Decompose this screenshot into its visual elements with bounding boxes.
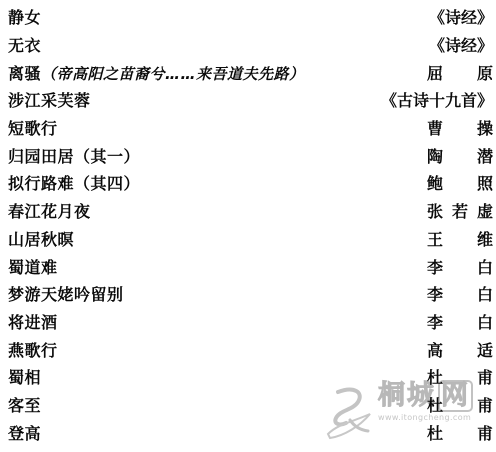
- poem-title-text: 蜀相: [8, 368, 41, 387]
- poem-title: 燕歌行: [8, 338, 58, 361]
- poem-author: 高 适: [427, 338, 493, 361]
- poem-author: 《诗经》: [429, 33, 493, 56]
- poem-title: 客至: [8, 393, 41, 416]
- poem-author: 李 白: [427, 310, 493, 333]
- poem-title-text: 静女: [8, 8, 41, 27]
- poem-title-text: 涉江采芙蓉: [8, 91, 91, 110]
- list-item: 将进酒 李 白: [0, 308, 496, 336]
- poem-author: 王 维: [427, 227, 493, 250]
- poem-title-text: 春江花月夜: [8, 202, 91, 221]
- poem-title: 归园田居（其一）: [8, 144, 140, 167]
- poem-author: 《古诗十九首》: [381, 88, 493, 111]
- poem-author: 屈 原: [427, 61, 493, 84]
- poem-author: 《诗经》: [429, 5, 493, 28]
- poem-title-text: 离骚: [8, 64, 41, 83]
- list-item: 静女 《诗经》: [0, 3, 496, 31]
- poem-title-text: 客至: [8, 396, 41, 415]
- list-item: 离骚（帝高阳之苗裔兮……来吾道夫先路） 屈 原: [0, 58, 496, 86]
- list-item: 春江花月夜 张若虚: [0, 197, 496, 225]
- poem-title: 静女: [8, 5, 41, 28]
- poem-title-text: 拟行路难（其四）: [8, 174, 140, 193]
- poem-title: 蜀道难: [8, 255, 58, 278]
- poem-title: 拟行路难（其四）: [8, 171, 140, 194]
- poem-title-text: 山居秋暝: [8, 230, 74, 249]
- list-item: 蜀道难 李 白: [0, 252, 496, 280]
- list-item: 归园田居（其一） 陶 潜: [0, 141, 496, 169]
- list-item: 拟行路难（其四） 鲍 照: [0, 169, 496, 197]
- poem-author: 鲍 照: [427, 171, 493, 194]
- poem-author: 曹 操: [427, 116, 493, 139]
- list-item: 登高 杜 甫: [0, 418, 496, 446]
- poem-author: 杜 甫: [427, 365, 493, 388]
- poem-title-text: 梦游天姥吟留别: [8, 285, 124, 304]
- list-item: 蜀相 杜 甫: [0, 363, 496, 391]
- poem-title: 离骚（帝高阳之苗裔兮……来吾道夫先路）: [8, 61, 305, 84]
- list-item: 山居秋暝 王 维: [0, 225, 496, 253]
- list-item: 客至 杜 甫: [0, 391, 496, 419]
- poem-title: 无衣: [8, 33, 41, 56]
- poem-author: 李 白: [427, 255, 493, 278]
- poem-title: 涉江采芙蓉: [8, 88, 91, 111]
- poem-author: 杜 甫: [427, 393, 493, 416]
- list-item: 短歌行 曹 操: [0, 114, 496, 142]
- poem-title-text: 短歌行: [8, 119, 58, 138]
- poem-author: 杜 甫: [427, 421, 493, 444]
- poem-title-note: （帝高阳之苗裔兮……来吾道夫先路）: [41, 65, 305, 83]
- poem-author: 陶 潜: [427, 144, 493, 167]
- list-item: 燕歌行 高 适: [0, 335, 496, 363]
- poem-title: 将进酒: [8, 310, 58, 333]
- list-item: 涉江采芙蓉 《古诗十九首》: [0, 86, 496, 114]
- poem-title: 蜀相: [8, 365, 41, 388]
- poem-title-text: 归园田居（其一）: [8, 147, 140, 166]
- poem-title: 山居秋暝: [8, 227, 74, 250]
- poem-title: 短歌行: [8, 116, 58, 139]
- poem-title-text: 将进酒: [8, 313, 58, 332]
- poem-title-text: 燕歌行: [8, 341, 58, 360]
- poem-title-text: 登高: [8, 424, 41, 443]
- list-item: 梦游天姥吟留别 李 白: [0, 280, 496, 308]
- poem-author: 张若虚: [427, 199, 493, 222]
- poem-title-text: 无衣: [8, 36, 41, 55]
- document-page: 桐城网 www.itongcheng.com 静女 《诗经》 无衣 《诗经》 离…: [0, 0, 496, 452]
- poem-title: 春江花月夜: [8, 199, 91, 222]
- poem-title-text: 蜀道难: [8, 258, 58, 277]
- poem-author: 李 白: [427, 282, 493, 305]
- poem-title: 梦游天姥吟留别: [8, 282, 124, 305]
- poem-list: 静女 《诗经》 无衣 《诗经》 离骚（帝高阳之苗裔兮……来吾道夫先路） 屈 原 …: [0, 0, 496, 446]
- list-item: 无衣 《诗经》: [0, 31, 496, 59]
- poem-title: 登高: [8, 421, 41, 444]
